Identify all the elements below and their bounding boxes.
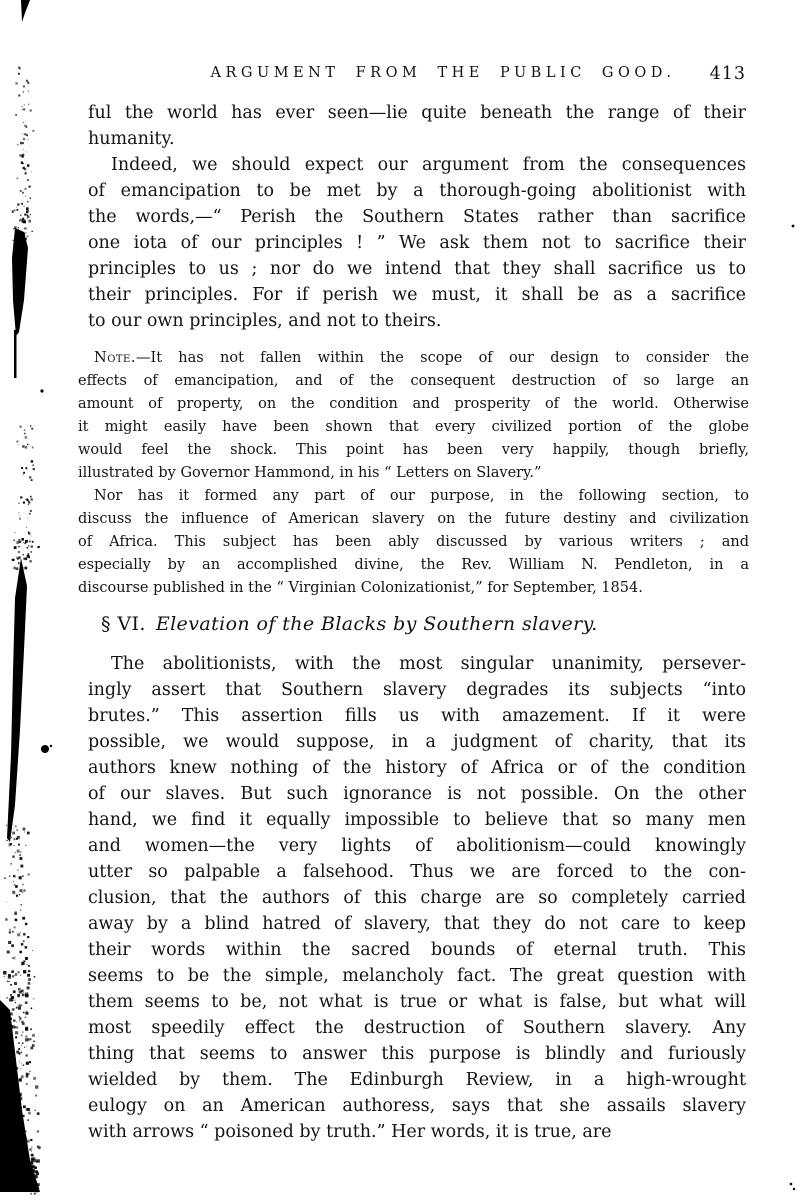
text-line: The abolitionists, with the most singula… (88, 651, 746, 677)
paragraph: The abolitionists, with the most singula… (88, 651, 746, 1145)
note-label: Note. (94, 350, 136, 366)
text-line: seems to be the simple, melancholy fact.… (88, 963, 746, 989)
scan-artifact-top-wedge (21, 0, 30, 22)
text-line: thing that seems to answer this purpose … (88, 1041, 746, 1067)
text-line: illustrated by Governor Hammond, in his … (78, 462, 749, 485)
page-number: 413 (710, 64, 746, 84)
text-line: the words,—“ Perish the Southern States … (88, 204, 746, 230)
text-line: away by a blind hatred of slavery, that … (88, 911, 746, 937)
text-line: their principles. For if perish we must,… (88, 282, 746, 308)
scan-artifact-streak-upper (12, 228, 28, 336)
text-line: Nor has it formed any part of our purpos… (78, 485, 749, 508)
text-line: Indeed, we should expect our argument fr… (88, 152, 746, 178)
text-line: principles to us ; nor do we intend that… (88, 256, 746, 282)
text-block: ful the world has ever seen—lie quite be… (88, 100, 746, 1145)
section-number: § VI. (101, 613, 146, 635)
text-line: effects of emancipation, and of the cons… (78, 370, 749, 393)
text-line: eulogy on an American authoress, says th… (88, 1093, 746, 1119)
text-line: discuss the influence of American slaver… (78, 508, 749, 531)
text-line: them seems to be, not what is true or wh… (88, 989, 746, 1015)
text-line: ingly assert that Southern slavery degra… (88, 677, 746, 703)
text-line: utter so palpable a falsehood. Thus we a… (88, 859, 746, 885)
scan-artifact-streak-mid (7, 558, 27, 842)
section-heading: § VI.Elevation of the Blacks by Southern… (101, 611, 746, 638)
text-line: amount of property, on the condition and… (78, 393, 749, 416)
text-line: it might easily have been shown that eve… (78, 416, 749, 439)
text-line: most speedily effect the destruction of … (88, 1015, 746, 1041)
scan-artifact-thin-line (14, 330, 17, 378)
scan-artifact-speck (793, 1188, 795, 1190)
scan-artifact-ink-blot (41, 745, 49, 753)
text-line: and women—the very lights of abolitionis… (88, 833, 746, 859)
scan-artifact-speck (40, 389, 43, 392)
text-line: authors knew nothing of the history of A… (88, 755, 746, 781)
text-line: their words within the sacred bounds of … (88, 937, 746, 963)
scan-artifact-bottom-wedge (0, 1000, 40, 1192)
text-line: humanity. (88, 126, 746, 152)
text-line: of emancipation to be met by a thorough-… (88, 178, 746, 204)
paragraph: ful the world has ever seen—lie quite be… (88, 100, 746, 152)
text-line: possible, we would suppose, in a judgmen… (88, 729, 746, 755)
scan-artifact-speck (790, 1183, 793, 1186)
section-title: Elevation of the Blacks by Southern slav… (156, 613, 598, 635)
scanned-book-page: ARGUMENT FROM THE PUBLIC GOOD. 413 ful t… (0, 0, 810, 1200)
paragraph: Nor has it formed any part of our purpos… (78, 485, 749, 600)
text-line: one iota of our principles ! ” We ask th… (88, 230, 746, 256)
text-line: would feel the shock. This point has bee… (78, 439, 749, 462)
scan-artifact-speck (50, 745, 52, 747)
text-line: to our own principles, and not to theirs… (88, 308, 746, 334)
text-line: Note.—It has not fallen within the scope… (78, 347, 749, 370)
text-line: discourse published in the “ Virginian C… (78, 577, 749, 600)
text-line: of Africa. This subject has been ably di… (78, 531, 749, 554)
page-header: ARGUMENT FROM THE PUBLIC GOOD. 413 (88, 62, 746, 88)
running-title: ARGUMENT FROM THE PUBLIC GOOD. (211, 65, 676, 81)
text-line: with arrows “ poisoned by truth.” Her wo… (88, 1119, 746, 1145)
paragraph: Note.—It has not fallen within the scope… (78, 347, 749, 485)
text-line: brutes.” This assertion fills us with am… (88, 703, 746, 729)
paragraph: Indeed, we should expect our argument fr… (88, 152, 746, 334)
text-line: especially by an accomplished divine, th… (78, 554, 749, 577)
text-line: ful the world has ever seen—lie quite be… (88, 100, 746, 126)
text-line: of our slaves. But such ignorance is not… (88, 781, 746, 807)
text-line: hand, we find it equally impossible to b… (88, 807, 746, 833)
scan-artifact-speck (792, 225, 795, 228)
text-line: clusion, that the authors of this charge… (88, 885, 746, 911)
text-line: wielded by them. The Edinburgh Review, i… (88, 1067, 746, 1093)
